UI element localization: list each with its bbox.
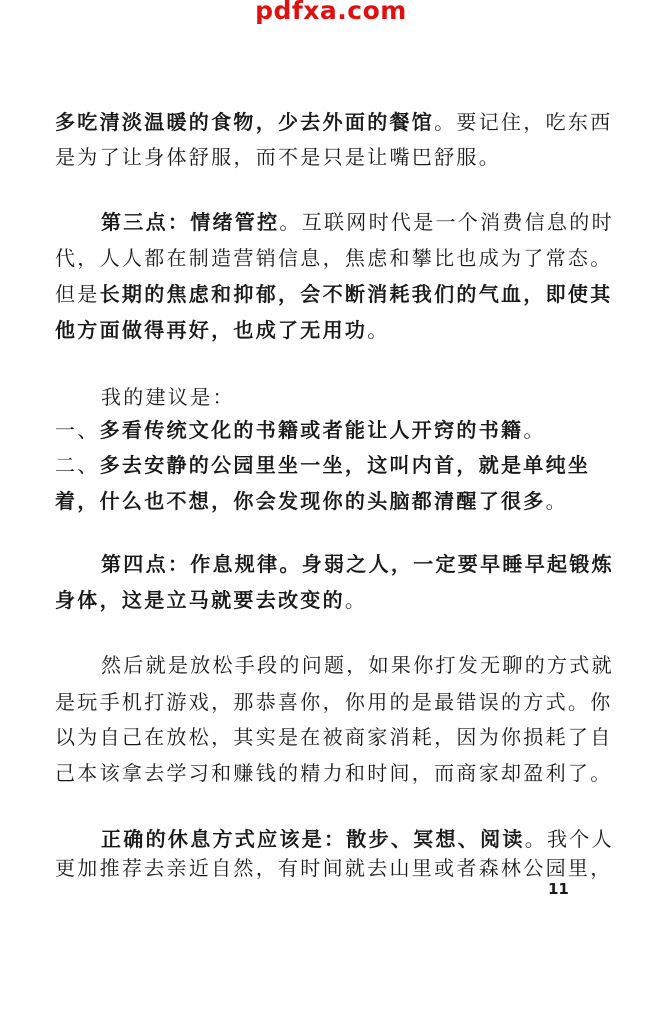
paragraph-2-line-2: 代，人人都在制造营销信息，焦虑和攀比也成为了常态。: [55, 246, 613, 270]
list-marker: 一、: [55, 418, 100, 442]
body-text: 。要记住，吃东西: [434, 110, 612, 134]
paragraph-5-line-4: 己本该拿去学习和赚钱的精力和时间，而商家却盈利了。: [55, 761, 613, 785]
paragraph-6-line-1: 正确的休息方式应该是：散步、冥想、阅读。我个人: [101, 827, 614, 851]
body-text: 。互联网时代是一个消费信息的时: [279, 210, 614, 234]
emphasis-text: 着，什么也不想，你会发现你的头脑都清醒了很多: [55, 489, 546, 513]
emphasis-text: 正确的休息方式应该是：散步、冥想、阅读: [101, 827, 525, 851]
body-text: 但是: [55, 282, 100, 306]
paragraph-1-line-2: 是为了让身体舒服，而不是只是让嘴巴舒服。: [55, 145, 501, 169]
body-text: 。: [546, 489, 568, 513]
section-heading-4: 第四点：作息规律。身弱之人，一定要早睡早起锻炼: [101, 552, 614, 576]
emphasis-text: 多看传统文化的书籍或者能让人开窍的书籍: [100, 418, 524, 442]
list-marker: 二、: [55, 453, 100, 477]
paragraph-4-line-2: 身体，这是立马就要去改变的。: [55, 588, 367, 612]
emphasis-text: 多吃清淡温暖的食物，少去外面的餐馆: [55, 110, 434, 134]
suggestion-item-2-cont: 着，什么也不想，你会发现你的头脑都清醒了很多。: [55, 489, 568, 513]
emphasis-text: 身体，这是立马就要去改变的: [55, 588, 345, 612]
emphasis-text: 长期的焦虑和抑郁，会不断消耗我们的气血，即使其: [100, 282, 613, 306]
paragraph-5-line-3: 以为自己在放松，其实是在被商家消耗，因为你损耗了自: [55, 725, 613, 749]
paragraph-2-line-1: 第三点：情绪管控。互联网时代是一个消费信息的时: [101, 210, 614, 234]
body-text: 。: [345, 588, 367, 612]
paragraph-1-line-1: 多吃清淡温暖的食物，少去外面的餐馆。要记住，吃东西: [55, 110, 613, 134]
body-text: 。我个人: [525, 827, 614, 851]
body-text: 。: [523, 418, 545, 442]
watermark-logo: pdfxa.com: [0, 0, 662, 25]
suggestion-item-2: 二、多去安静的公园里坐一坐，这叫内首，就是单纯坐: [55, 453, 590, 477]
paragraph-3-line-1: 我的建议是：: [101, 385, 235, 409]
paragraph-4-line-1: 第四点：作息规律。身弱之人，一定要早睡早起锻炼: [101, 552, 614, 576]
body-text: 。: [367, 318, 389, 342]
emphasis-text: 多去安静的公园里坐一坐，这叫内首，就是单纯坐: [100, 453, 591, 477]
paragraph-5-line-2: 是玩手机打游戏，那恭喜你，你用的是最错误的方式。你: [55, 690, 613, 714]
paragraph-6-line-2: 更加推荐去亲近自然，有时间就去山里或者森林公园里，: [55, 856, 613, 880]
emphasis-text: 他方面做得再好，也成了无用功: [55, 318, 367, 342]
paragraph-2-line-3: 但是长期的焦虑和抑郁，会不断消耗我们的气血，即使其: [55, 282, 613, 306]
page-number: 11: [548, 880, 569, 898]
suggestion-item-1: 一、多看传统文化的书籍或者能让人开窍的书籍。: [55, 418, 546, 442]
paragraph-5-line-1: 然后就是放松手段的问题，如果你打发无聊的方式就: [101, 653, 614, 677]
paragraph-2-line-4: 他方面做得再好，也成了无用功。: [55, 318, 390, 342]
section-heading-3: 第三点：情绪管控: [101, 210, 279, 234]
